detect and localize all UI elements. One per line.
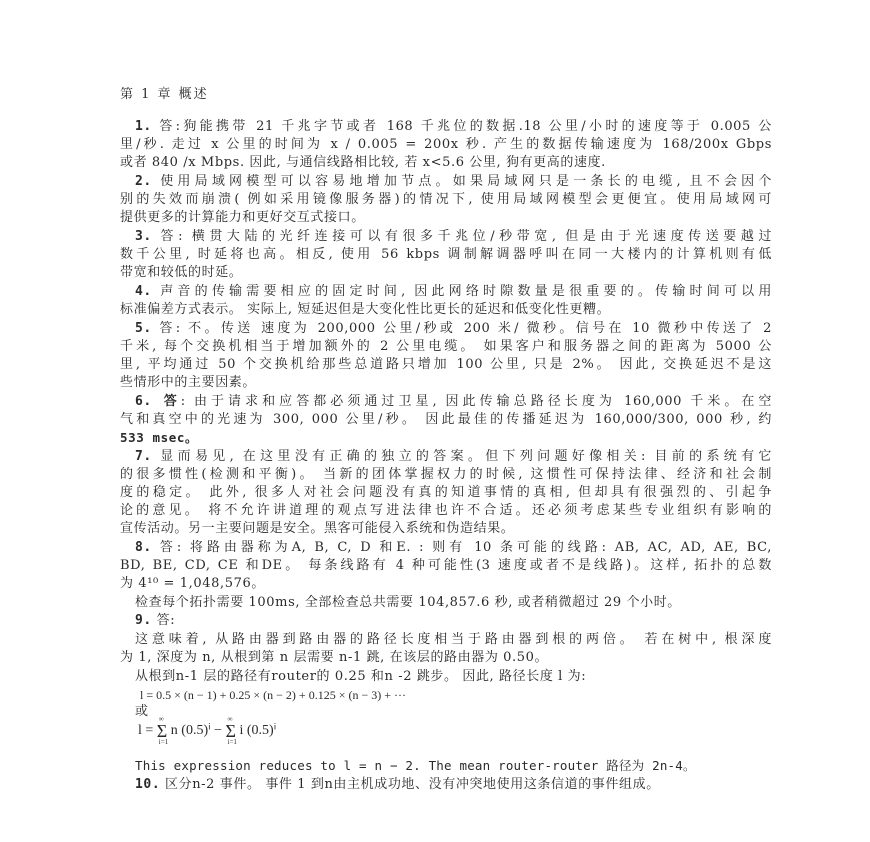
formula-term: i (0.5)ⁱ bbox=[236, 723, 276, 738]
answer-1-line-1: 1. 答:狗能携带 21 千兆字节或者 168 千兆位的数据.18 公里/小时的… bbox=[135, 118, 772, 136]
answer-number: 2. bbox=[135, 174, 152, 189]
answer-1-line-2: 里/秒. 走过 x 公里的时间为 x / 0.005 = 200x 秒. 产生的… bbox=[120, 136, 772, 154]
answer-number: 10. bbox=[135, 777, 160, 792]
answer-7-line-5: 宣传活动。另一主要问题是安全。黑客可能侵入系统和伪造结果。 bbox=[120, 520, 772, 538]
formula-path-length: l = 0.5 × (n − 1) + 0.25 × (n − 2) + 0.1… bbox=[140, 686, 777, 704]
answer-2-line-2: 别的失效而崩溃( 例如采用镜像服务器)的情况下, 使用局域网模型会更便宜。使用局… bbox=[120, 191, 772, 209]
answer-10-line-1: 10. 区分n-2 事件。 事件 1 到n由主机成功地、没有冲突地使用这条信道的… bbox=[135, 776, 772, 794]
answer-6-line-2: 气和真空中的光速为 300, 000 公里/秒。 因此最佳的传播延迟为 160,… bbox=[120, 411, 772, 429]
answer-9-line-2: 为 1, 深度为 n, 从根到第 n 层需要 n-1 跳, 在该层的路由器为 0… bbox=[120, 649, 772, 667]
sigma-symbol: Σ∞i=1 bbox=[157, 722, 167, 740]
formula-lhs: l = bbox=[138, 723, 157, 738]
answer-5-line-3: 里, 平均通过 50 个交换机给那些总道路只增加 100 公里, 只是 2%。 … bbox=[120, 356, 772, 374]
paragraph-text: 声音的传输需要相应的固定时间, 因此网络时隙数量是很重要的。传输时间可以用 bbox=[152, 284, 772, 299]
paragraph-text: 答: 不。传送 速度为 200,000 公里/秒或 200 米/ 微秒。信号在 … bbox=[152, 321, 772, 336]
answer-9-line-3: 从根到n-1 层的路径有router的 0.25 和n -2 跳步。 因此, 路… bbox=[135, 668, 772, 686]
sum-lower-limit: i=1 bbox=[228, 739, 237, 746]
answer-4-line-2: 标准偏差方式表示。 实际上, 短延迟但是大变化性比更长的延迟和低变化性更糟。 bbox=[120, 301, 772, 319]
answer-1-line-3: 或者 840 /x Mbps. 因此, 与通信线路相比较, 若 x<5.6 公里… bbox=[120, 154, 772, 172]
answer-5-line-4: 些情形中的主要因素。 bbox=[120, 374, 772, 392]
paragraph-text: 答:狗能携带 21 千兆字节或者 168 千兆位的数据.18 公里/小时的速度等… bbox=[152, 119, 772, 134]
answer-7-line-4: 论的意见。 将不允许讲道理的观点写进法律也许不合适。还必须考虑某些专业组织有影响… bbox=[120, 502, 772, 520]
answer-number: 9. bbox=[135, 613, 152, 628]
document-page: 第 1 章 概述 1. 答:狗能携带 21 千兆字节或者 168 千兆位的数据.… bbox=[0, 0, 870, 842]
paragraph-text: 答: 将路由器称为A, B, C, D 和E. : 则有 10 条可能的线路: … bbox=[152, 540, 772, 555]
paragraph-text: 区分n-2 事件。 事件 1 到n由主机成功地、没有冲突地使用这条信道的事件组成… bbox=[160, 777, 660, 792]
answer-2-line-1: 2. 使用局域网模型可以容易地增加节点。如果局域网只是一条长的电缆, 且不会因个 bbox=[135, 173, 772, 191]
answer-5-line-2: 千米, 每个交换机相当于增加额外的 2 公里电缆。 如果客户和服务器之间的距离为… bbox=[120, 338, 772, 356]
answer-6-line-3: 533 msec。 bbox=[120, 429, 772, 447]
answer-3-line-1: 3. 答: 横贯大陆的光纤连接可以有很多千兆位/秒带宽, 但是由于光速度传送要越… bbox=[135, 228, 772, 246]
answer-5-line-1: 5. 答: 不。传送 速度为 200,000 公里/秒或 200 米/ 微秒。信… bbox=[135, 320, 772, 338]
answer-number: 5. bbox=[135, 321, 152, 336]
answer-9-line-1: 这意味着, 从路由器到路由器的路径长度相当于路由器到根的两倍。 若在树中, 根深… bbox=[135, 631, 772, 649]
answer-2-line-3: 提供更多的计算能力和更好交互式接口。 bbox=[120, 209, 772, 227]
paragraph-text: 答: bbox=[152, 613, 175, 628]
answer-8-line-2: BD, BE, CD, CE 和DE。 每条线路有 4 种可能性(3 速度或者不… bbox=[120, 557, 772, 575]
answer-number: 3. bbox=[135, 229, 152, 244]
answer-8-line-1: 8. 答: 将路由器称为A, B, C, D 和E. : 则有 10 条可能的线… bbox=[135, 539, 772, 557]
paragraph-text: : 由于请求和应答都必须通过卫星, 因此传输总路径长度为 160,000 千米。… bbox=[181, 394, 772, 409]
sum-lower-limit: i=1 bbox=[159, 739, 168, 746]
chapter-title: 第 1 章 概述 bbox=[120, 86, 772, 104]
answer-4-line-1: 4. 声音的传输需要相应的固定时间, 因此网络时隙数量是很重要的。传输时间可以用 bbox=[135, 283, 772, 301]
answer-3-line-3: 带宽和较低的时延。 bbox=[120, 264, 772, 282]
answer-6-line-1: 6. 答: 由于请求和应答都必须通过卫星, 因此传输总路径长度为 160,000… bbox=[135, 393, 772, 411]
answer-number: 4. bbox=[135, 284, 152, 299]
sum-upper-limit: ∞ bbox=[228, 716, 233, 723]
answer-8-line-3: 为 4¹⁰ = 1,048,576。 bbox=[120, 575, 772, 593]
paragraph-text: 使用局域网模型可以容易地增加节点。如果局域网只是一条长的电缆, 且不会因个 bbox=[152, 174, 772, 189]
answer-number: 1. bbox=[135, 119, 152, 134]
answer-7-line-2: 的很多惯性(检测和平衡)。 当新的团体掌握权力的时候, 这惯性可保持法律、经济和… bbox=[120, 466, 772, 484]
paragraph-text: 答: 横贯大陆的光纤连接可以有很多千兆位/秒带宽, 但是由于光速度传送要越过 bbox=[152, 229, 772, 244]
answer-7-line-1: 7. 显而易见, 在这里没有正确的独立的答案。但下列问题好像相关: 目前的系统有… bbox=[135, 448, 772, 466]
answer-number: 7. bbox=[135, 449, 152, 464]
answer-9-heading: 9. 答: bbox=[135, 612, 772, 630]
answer-number: 8. bbox=[135, 540, 152, 555]
answer-8-line-4: 检查每个拓扑需要 100ms, 全部检查总共需要 104,857.6 秒, 或者… bbox=[135, 594, 772, 612]
formula-sum: l = Σ∞i=1 n (0.5)ⁱ − Σ∞i=1 i (0.5)ⁱ bbox=[138, 722, 775, 754]
answer-3-line-2: 数千公里, 时延将也高。相反, 使用 56 kbps 调制解调器呼叫在同一大楼内… bbox=[120, 246, 772, 264]
expression-reduces-line: This expression reduces to l = n − 2. Th… bbox=[135, 757, 772, 775]
paragraph-text: 显而易见, 在这里没有正确的独立的答案。但下列问题好像相关: 目前的系统有它 bbox=[152, 449, 772, 464]
sum-upper-limit: ∞ bbox=[159, 716, 164, 723]
sigma-symbol: Σ∞i=1 bbox=[226, 722, 236, 740]
answer-7-line-3: 度的稳定。 此外, 很多人对社会问题没有真的知道事情的真相, 但却具有很强烈的、… bbox=[120, 484, 772, 502]
formula-term: n (0.5)ⁱ − bbox=[167, 723, 225, 738]
answer-number: 6. 答 bbox=[135, 394, 181, 409]
